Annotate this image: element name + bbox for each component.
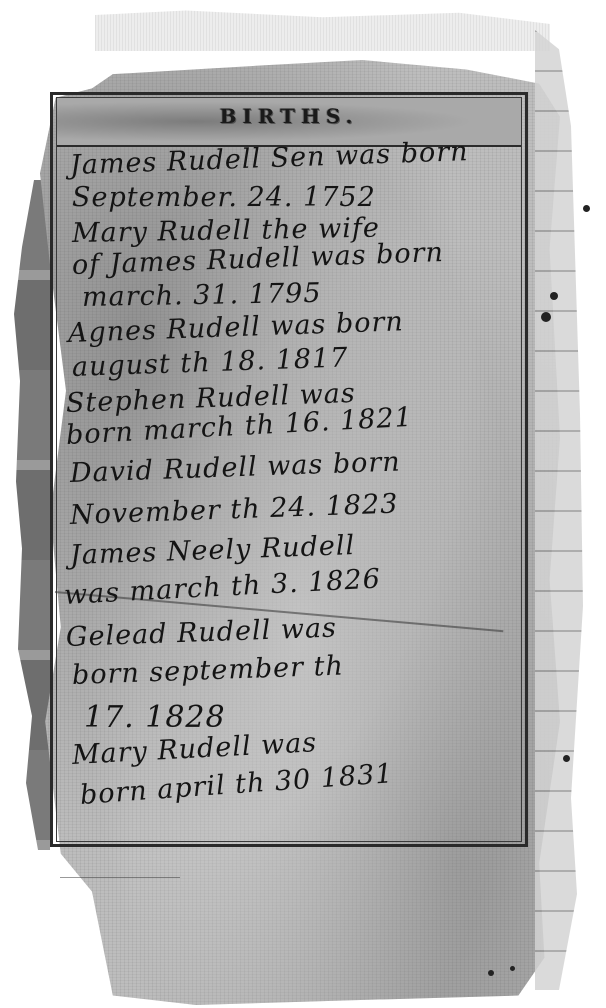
handwritten-line: 17. 1828: [84, 700, 226, 735]
page-title: BIRTHS.: [57, 104, 521, 128]
ink-spot: [488, 970, 494, 976]
torn-right-edge: [535, 30, 595, 990]
handwritten-line: march. 31. 1795: [82, 278, 322, 313]
torn-top-strip: [95, 6, 550, 51]
paper-crack-lower: [60, 877, 180, 878]
ink-spot: [583, 205, 590, 212]
handwritten-line: September. 24. 1752: [72, 182, 376, 213]
ink-spot: [550, 292, 558, 300]
torn-left-edge: [10, 180, 50, 850]
ink-spot: [510, 966, 515, 971]
ink-spot: [541, 312, 551, 322]
ink-spot: [563, 755, 570, 762]
